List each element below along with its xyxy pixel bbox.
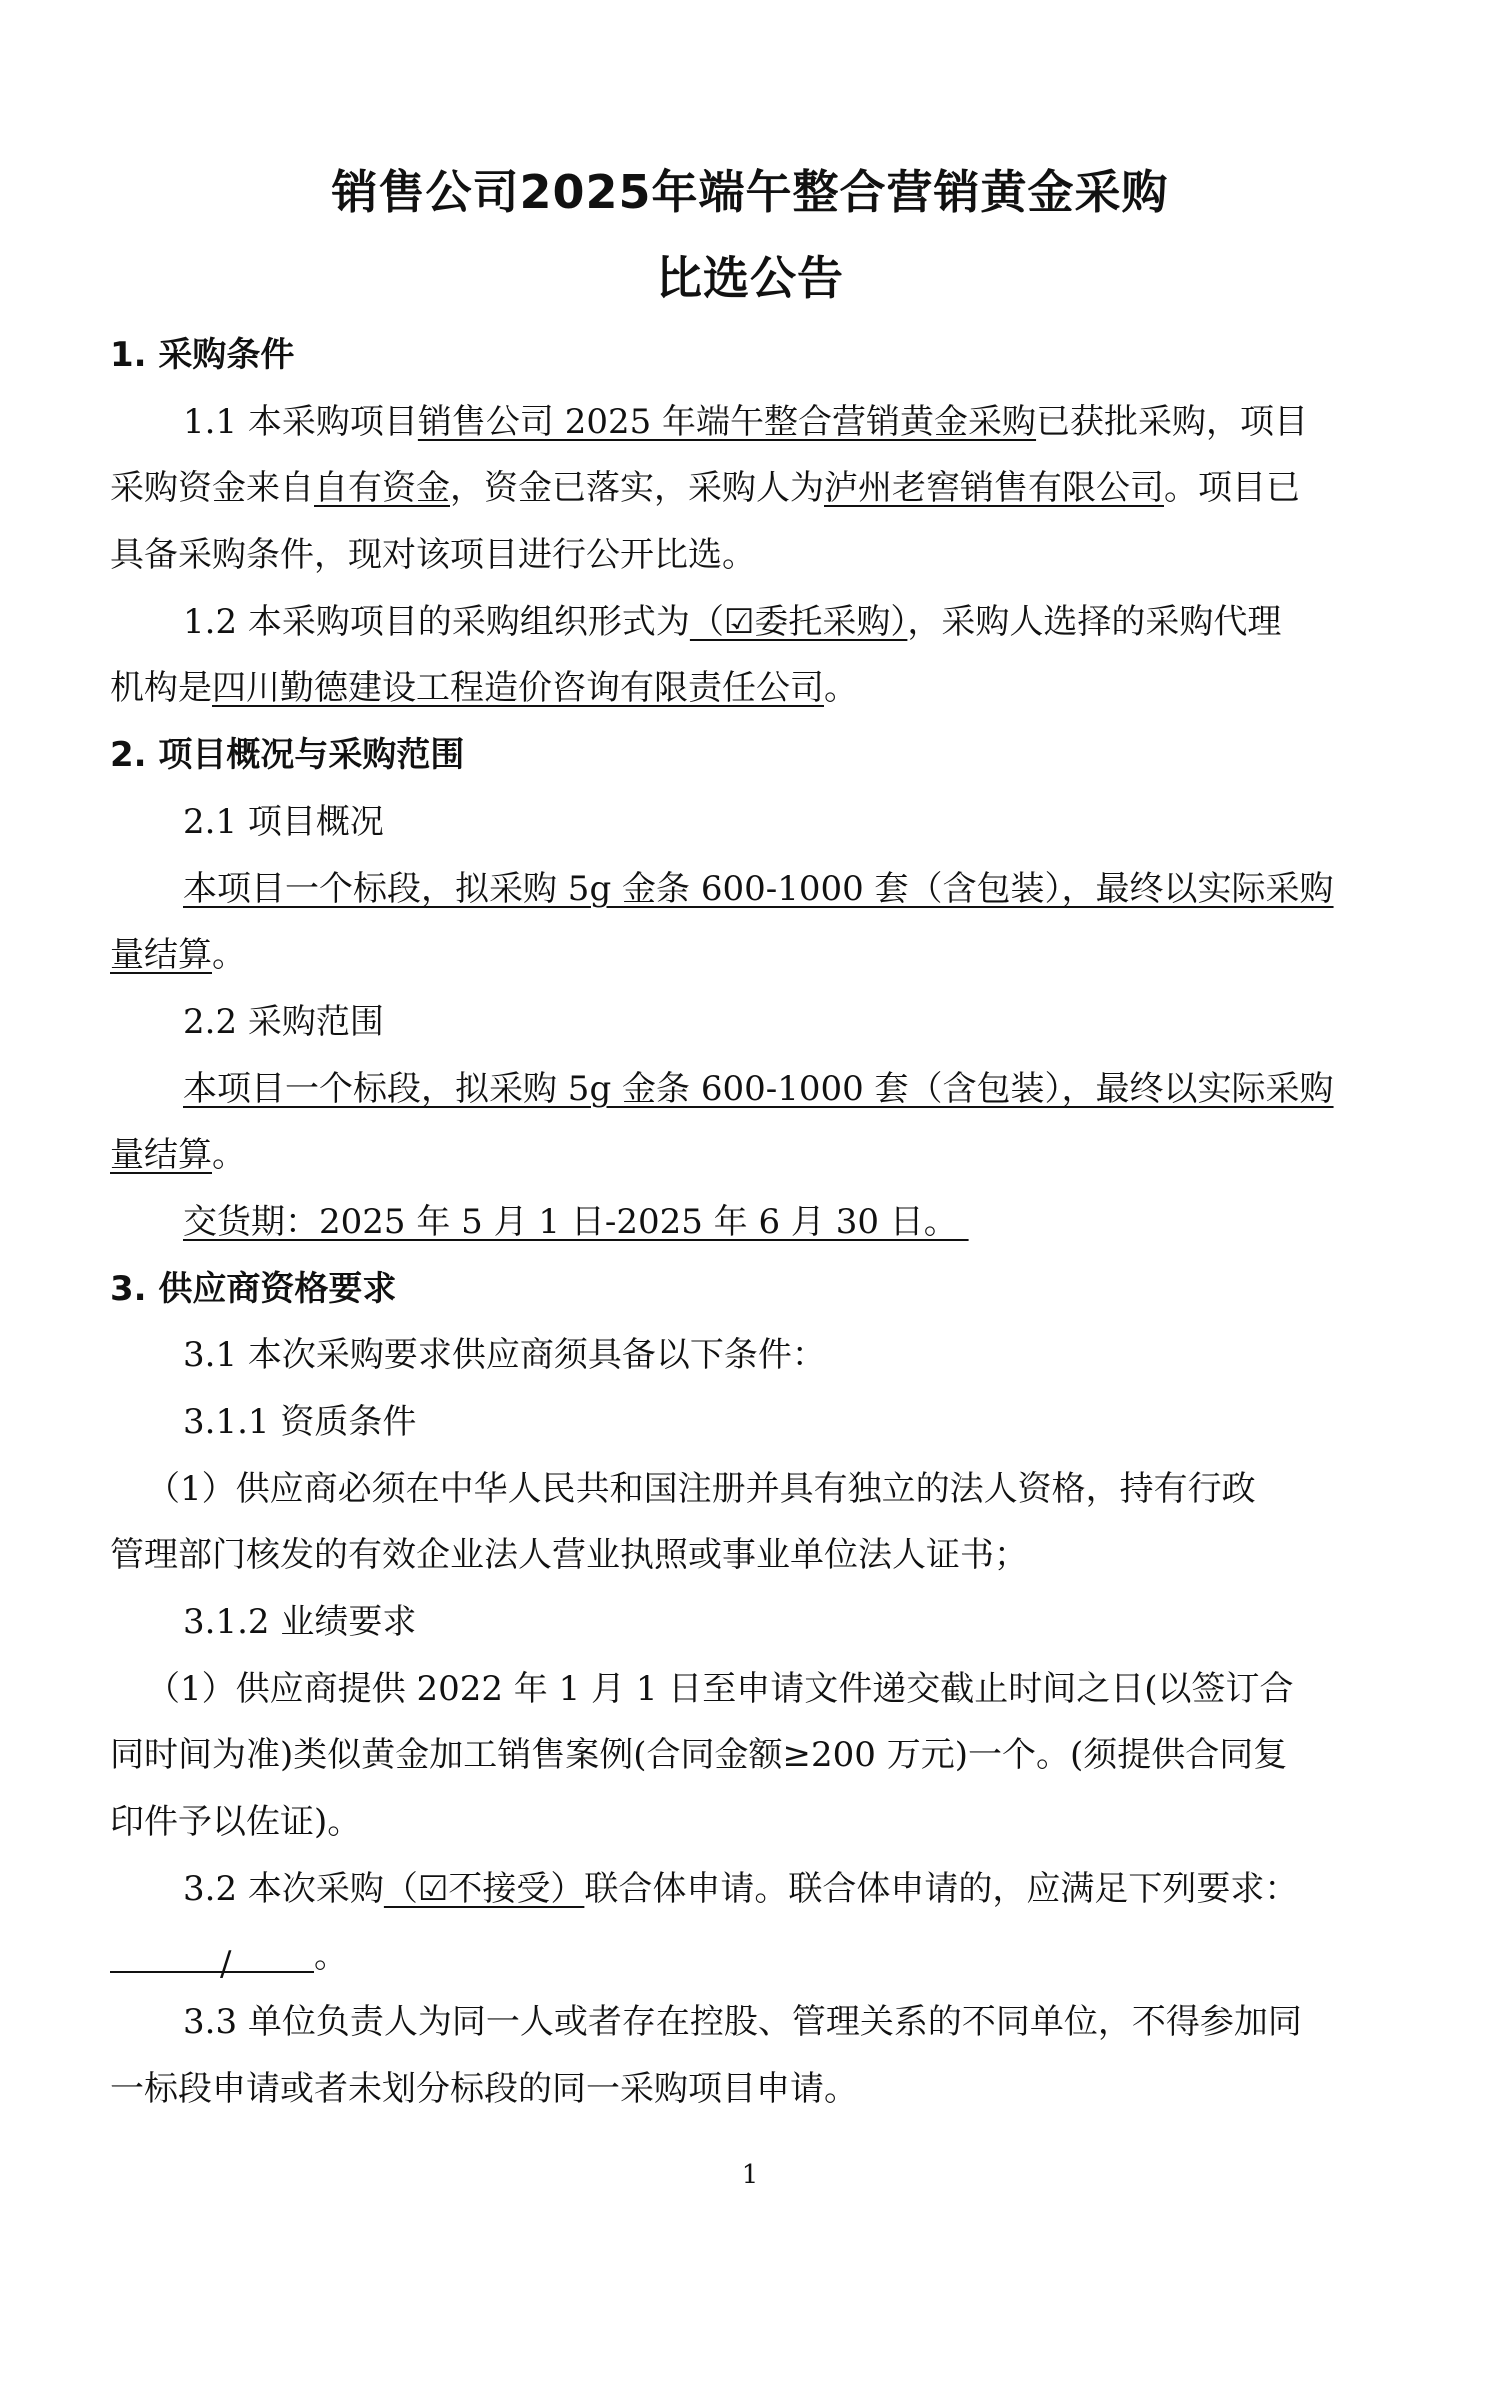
- subsection-2-1-body-line2: 量结算。: [110, 922, 1386, 989]
- p1-1-suffix: 已获批采购，项目: [1036, 402, 1308, 442]
- paragraph-1-1-line3: 具备采购条件，现对该项目进行公开比选。: [110, 522, 1386, 589]
- qualification-item1-line1: （1）供应商必须在中华人民共和国注册并具有独立的法人资格，持有行政: [110, 1456, 1386, 1523]
- document-page: 销售公司2025年端午整合营销黄金采购 比选公告 1. 采购条件 1.1 本采购…: [0, 0, 1500, 2392]
- project-overview-text-cont: 量结算: [110, 935, 212, 975]
- agency-name: 四川勤德建设工程造价咨询有限责任公司: [212, 668, 824, 708]
- p1-1-line2-prefix: 采购资金来自: [110, 468, 314, 508]
- subsection-3-1-2-heading: 3.1.2 业绩要求: [110, 1589, 1386, 1656]
- delivery-period-line: 交货期：2025 年 5 月 1 日-2025 年 6 月 30 日。: [110, 1189, 1386, 1256]
- period: 。: [212, 1135, 246, 1175]
- subsection-3-2-line1: 3.2 本次采购（☑不接受）联合体申请。联合体申请的，应满足下列要求：: [110, 1856, 1386, 1923]
- subsection-3-1: 3.1 本次采购要求供应商须具备以下条件：: [110, 1322, 1386, 1389]
- p1-2-suffix: ，采购人选择的采购代理: [907, 602, 1281, 642]
- qualification-item1-line2: 管理部门核发的有效企业法人营业执照或事业单位法人证书；: [110, 1522, 1386, 1589]
- p1-2-prefix: 1.2 本采购项目的采购组织形式为: [183, 602, 690, 642]
- document-body: 1. 采购条件 1.1 本采购项目销售公司 2025 年端午整合营销黄金采购已获…: [110, 322, 1386, 2123]
- paragraph-1-2-line1: 1.2 本采购项目的采购组织形式为（☑委托采购），采购人选择的采购代理: [110, 589, 1386, 656]
- subsection-2-2-heading: 2.2 采购范围: [110, 989, 1386, 1056]
- section-3-heading: 3. 供应商资格要求: [110, 1256, 1386, 1323]
- purchaser-name: 泸州老窖销售有限公司: [824, 468, 1164, 508]
- subsection-2-1-heading: 2.1 项目概况: [110, 789, 1386, 856]
- blank-value: /: [220, 1931, 231, 1998]
- period: 。: [314, 1936, 348, 1976]
- consortium-option-checkbox: （☑不接受）: [384, 1869, 584, 1909]
- project-overview-text: 本项目一个标段，拟采购 5g 金条 600-1000 套（含包装），最终以实际采…: [183, 869, 1334, 909]
- paragraph-1-1-line1: 1.1 本采购项目销售公司 2025 年端午整合营销黄金采购已获批采购，项目: [110, 389, 1386, 456]
- page-number: 1: [0, 2160, 1500, 2190]
- subsection-3-1-1-heading: 3.1.1 资质条件: [110, 1389, 1386, 1456]
- paragraph-1-2-line2: 机构是四川勤德建设工程造价咨询有限责任公司。: [110, 655, 1386, 722]
- document-title-line1: 销售公司2025年端午整合营销黄金采购: [0, 162, 1500, 222]
- subsection-3-2-line2: /。: [110, 1923, 1386, 1990]
- performance-item1-line3: 印件予以佐证)。: [110, 1789, 1386, 1856]
- document-title-line2: 比选公告: [0, 248, 1500, 308]
- procurement-scope-text-cont: 量结算: [110, 1135, 212, 1175]
- paragraph-1-1-line2: 采购资金来自自有资金，资金已落实，采购人为泸州老窖销售有限公司。项目已: [110, 455, 1386, 522]
- p1-2-line2-prefix: 机构是: [110, 668, 212, 708]
- period: 。: [212, 935, 246, 975]
- delivery-period: 交货期：2025 年 5 月 1 日-2025 年 6 月 30 日。: [183, 1202, 969, 1242]
- p1-1-line2-mid: ，资金已落实，采购人为: [450, 468, 824, 508]
- fund-source: 自有资金: [314, 468, 450, 508]
- subsection-2-2-body-line1: 本项目一个标段，拟采购 5g 金条 600-1000 套（含包装），最终以实际采…: [110, 1056, 1386, 1123]
- p3-2-suffix: 联合体申请。联合体申请的，应满足下列要求：: [584, 1869, 1298, 1909]
- consortium-requirements-blank: /: [110, 1931, 314, 1973]
- section-1-heading: 1. 采购条件: [110, 322, 1386, 389]
- procurement-scope-text: 本项目一个标段，拟采购 5g 金条 600-1000 套（含包装），最终以实际采…: [183, 1069, 1334, 1109]
- project-name: 销售公司 2025 年端午整合营销黄金采购: [418, 402, 1036, 442]
- p1-1-prefix: 1.1 本采购项目: [183, 402, 418, 442]
- subsection-3-3-line2: 一标段申请或者未划分标段的同一采购项目申请。: [110, 2056, 1386, 2123]
- p3-2-prefix: 3.2 本次采购: [183, 1869, 384, 1909]
- performance-item1-line2: 同时间为准)类似黄金加工销售案例(合同金额≥200 万元)一个。(须提供合同复: [110, 1722, 1386, 1789]
- subsection-3-3-line1: 3.3 单位负责人为同一人或者存在控股、管理关系的不同单位，不得参加同: [110, 1989, 1386, 2056]
- section-2-heading: 2. 项目概况与采购范围: [110, 722, 1386, 789]
- subsection-2-2-body-line2: 量结算。: [110, 1122, 1386, 1189]
- p1-1-line2-suffix: 。项目已: [1164, 468, 1300, 508]
- performance-item1-line1: （1）供应商提供 2022 年 1 月 1 日至申请文件递交截止时间之日(以签订…: [110, 1656, 1386, 1723]
- subsection-2-1-body-line1: 本项目一个标段，拟采购 5g 金条 600-1000 套（含包装），最终以实际采…: [110, 856, 1386, 923]
- procurement-form-checkbox: （☑委托采购）: [690, 602, 907, 642]
- p1-2-line2-suffix: 。: [824, 668, 858, 708]
